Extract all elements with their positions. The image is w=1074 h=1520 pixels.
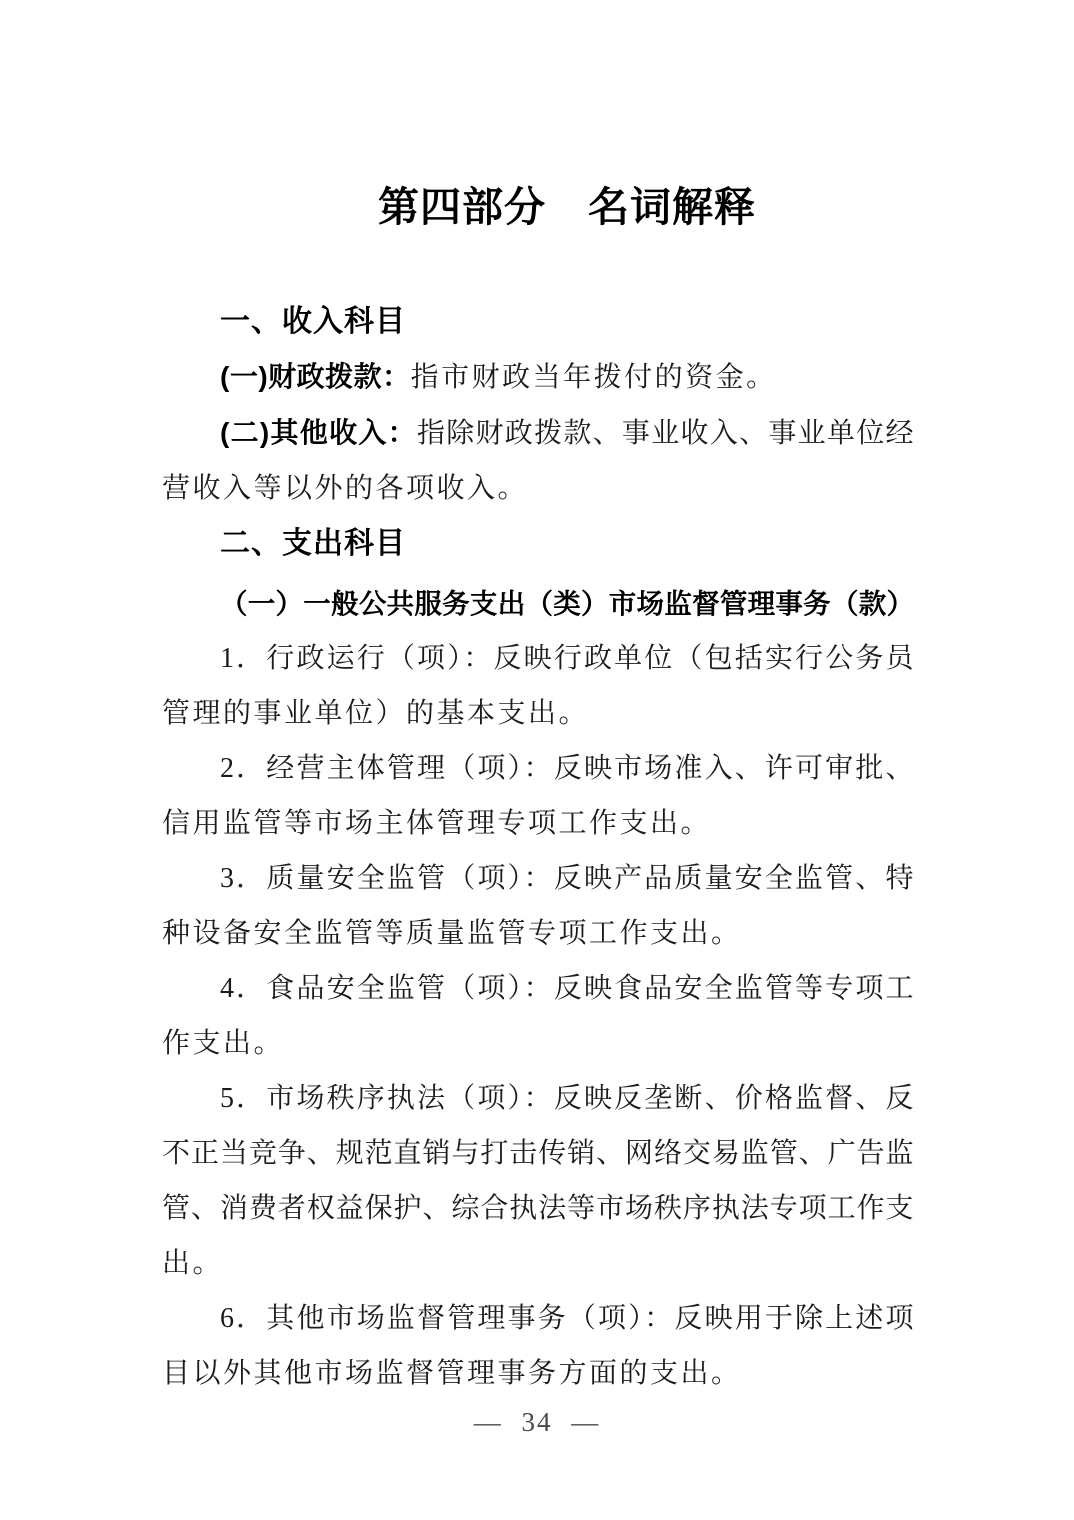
item-3-line-1: 3．质量安全监管（项）：反映产品质量安全监管、特	[162, 851, 914, 906]
item-2-line-2: 信用监管等市场主体管理专项工作支出。	[162, 796, 914, 851]
item-4-line-2: 作支出。	[162, 1016, 914, 1071]
subheading-general-public-service: （一）一般公共服务支出（类）市场监督管理事务（款）	[162, 576, 914, 631]
page-title: 第四部分 名词解释	[60, 181, 1074, 233]
item-5-line-4: 出。	[162, 1236, 914, 1291]
document-page: 第四部分 名词解释 一、收入科目 (一)财政拨款：指市财政当年拨付的资金。 (二…	[0, 0, 1074, 1520]
item-1-line-2: 管理的事业单位）的基本支出。	[162, 686, 914, 741]
term-label: (一)财政拨款：	[220, 361, 411, 392]
page-number: — 34 —	[0, 1406, 1074, 1438]
term-definition: 指市财政当年拨付的资金。	[411, 362, 777, 393]
section-heading-income: 一、收入科目	[162, 294, 914, 349]
item-6-line-1: 6．其他市场监督管理事务（项）：反映用于除上述项	[162, 1291, 914, 1346]
item-5-line-1: 5．市场秩序执法（项）：反映反垄断、价格监督、反	[162, 1071, 914, 1126]
item-2-line-1: 2．经营主体管理（项）：反映市场准入、许可审批、	[162, 741, 914, 796]
item-6-line-2: 目以外其他市场监督管理事务方面的支出。	[162, 1346, 914, 1401]
term-fiscal-allocation-line: (一)财政拨款：指市财政当年拨付的资金。	[162, 349, 914, 405]
term-other-income-line-1: (二)其他收入：指除财政拨款、事业收入、事业单位经	[162, 405, 914, 461]
term-label: (二)其他收入：	[220, 417, 417, 448]
item-5-line-3: 管、消费者权益保护、综合执法等市场秩序执法专项工作支	[162, 1181, 914, 1236]
item-5-line-2: 不正当竞争、规范直销与打击传销、网络交易监管、广告监	[162, 1126, 914, 1181]
item-1-line-1: 1．行政运行（项）：反映行政单位（包括实行公务员	[162, 631, 914, 686]
section-heading-expenditure: 二、支出科目	[162, 516, 914, 571]
item-4-line-1: 4．食品安全监管（项）：反映食品安全监管等专项工	[162, 961, 914, 1016]
item-3-line-2: 种设备安全监管等质量监管专项工作支出。	[162, 906, 914, 961]
term-definition: 指除财政拨款、事业收入、事业单位经	[417, 418, 914, 449]
term-other-income-line-2: 营收入等以外的各项收入。	[162, 461, 914, 516]
document-body: 一、收入科目 (一)财政拨款：指市财政当年拨付的资金。 (二)其他收入：指除财政…	[162, 294, 914, 1401]
